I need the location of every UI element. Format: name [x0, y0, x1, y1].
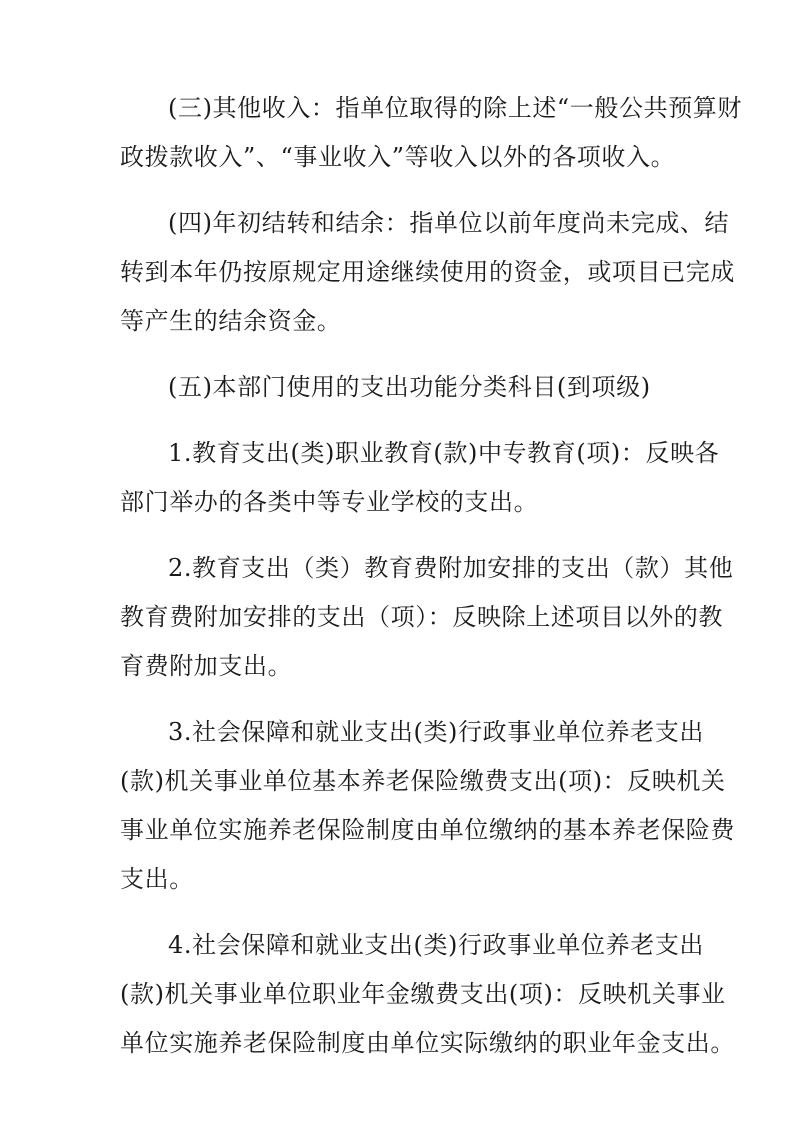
text-line: 政拨款收入”、“事业收入”等收入以外的各项收入。 — [120, 133, 668, 182]
text-line: 2.教育支出（类）教育费附加安排的支出（款）其他 — [120, 544, 668, 593]
text-line: 3.社会保障和就业支出(类)行政事业单位养老支出 — [120, 708, 668, 757]
list-item-4: 4.社会保障和就业支出(类)行政事业单位养老支出 (款)机关事业单位职业年金缴费… — [120, 921, 668, 1068]
text-line: (款)机关事业单位基本养老保险缴费支出(项)：反映机关 — [120, 757, 668, 806]
list-item-3: 3.社会保障和就业支出(类)行政事业单位养老支出 (款)机关事业单位基本养老保险… — [120, 708, 668, 904]
section-heading-expenditure-classification: (五)本部门使用的支出功能分类科目(到项级) — [120, 363, 668, 412]
text-line: 教育费附加安排的支出（项）：反映除上述项目以外的教 — [120, 593, 668, 642]
text-line: 支出。 — [120, 855, 668, 904]
text-line: (款)机关事业单位职业年金缴费支出(项)：反映机关事业 — [120, 970, 668, 1019]
list-item-1: 1.教育支出(类)职业教育(款)中专教育(项)：反映各 部门举办的各类中等专业学… — [120, 429, 668, 527]
text-line: 1.教育支出(类)职业教育(款)中专教育(项)：反映各 — [120, 429, 668, 478]
text-line: 4.社会保障和就业支出(类)行政事业单位养老支出 — [120, 921, 668, 970]
text-line: (五)本部门使用的支出功能分类科目(到项级) — [120, 363, 668, 412]
text-line: 部门举办的各类中等专业学校的支出。 — [120, 478, 668, 527]
text-line: 事业单位实施养老保险制度由单位缴纳的基本养老保险费 — [120, 806, 668, 855]
paragraph-carryover-balance: (四)年初结转和结余：指单位以前年度尚未完成、结 转到本年仍按原规定用途继续使用… — [120, 199, 668, 346]
text-line: 单位实施养老保险制度由单位实际缴纳的职业年金支出。 — [120, 1019, 668, 1068]
list-item-2: 2.教育支出（类）教育费附加安排的支出（款）其他 教育费附加安排的支出（项）：反… — [120, 544, 668, 691]
text-line: (三)其他收入：指单位取得的除上述“一般公共预算财 — [120, 84, 668, 133]
text-line: 等产生的结余资金。 — [120, 297, 668, 346]
paragraph-other-income: (三)其他收入：指单位取得的除上述“一般公共预算财 政拨款收入”、“事业收入”等… — [120, 84, 668, 182]
text-line: 转到本年仍按原规定用途继续使用的资金，或项目已完成 — [120, 248, 668, 297]
text-line: (四)年初结转和结余：指单位以前年度尚未完成、结 — [120, 199, 668, 248]
text-line: 育费附加支出。 — [120, 642, 668, 691]
document-page: (三)其他收入：指单位取得的除上述“一般公共预算财 政拨款收入”、“事业收入”等… — [120, 84, 668, 1085]
